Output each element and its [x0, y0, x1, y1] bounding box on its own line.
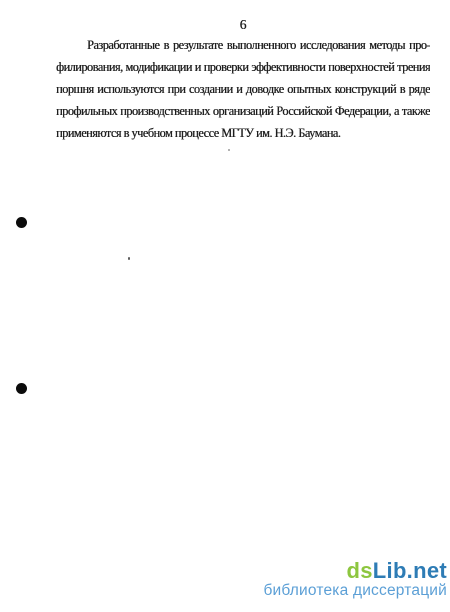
page-number: 6 — [56, 18, 430, 32]
paragraph-line: филирования, модификации и проверки эффе… — [56, 56, 430, 78]
paragraph-line: применяются в учебном процессе МГТУ им. … — [56, 122, 430, 144]
paragraph-line: поршня используются при создании и довод… — [56, 78, 430, 100]
dslib-logo-ds: ds — [347, 558, 373, 583]
scan-dot-mark — [16, 217, 27, 228]
paragraph-line: Разработанные в результате выполненного … — [56, 34, 430, 56]
dslib-logo-libnet: Lib.net — [373, 558, 447, 583]
dslib-watermark[interactable]: dsLib.net библиотека диссертаций — [263, 559, 447, 599]
document-page: 6 Разработанные в результате выполненног… — [0, 0, 450, 612]
scan-dot-mark — [16, 383, 27, 394]
dslib-subtitle: библиотека диссертаций — [263, 582, 447, 599]
scan-speck — [128, 257, 130, 260]
dslib-logo[interactable]: dsLib.net — [263, 559, 447, 582]
paragraph-line: профильных производственных организаций … — [56, 100, 430, 122]
body-paragraph: Разработанные в результате выполненного … — [56, 34, 430, 144]
scan-speck — [228, 149, 230, 151]
